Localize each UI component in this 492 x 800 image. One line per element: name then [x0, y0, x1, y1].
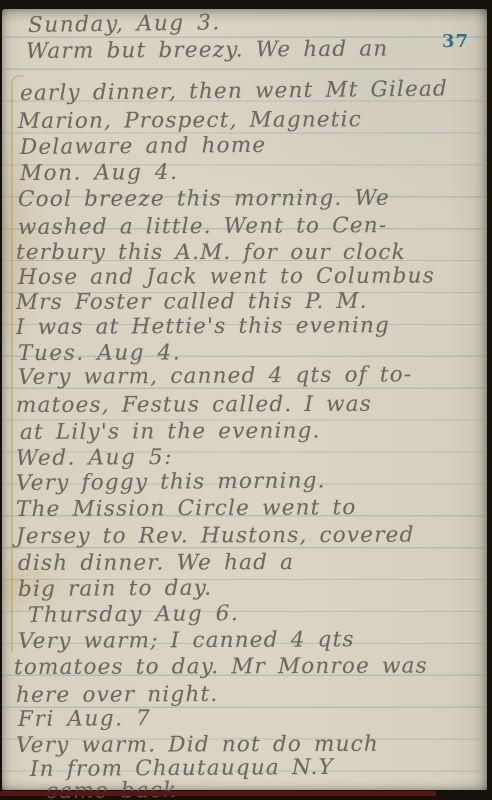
entry-text-line: Warm but breezy. We had an: [26, 36, 389, 64]
diary-page: 37 Sunday, Aug 3.Warm but breezy. We had…: [2, 9, 487, 790]
entry-text-line: matoes, Festus called. I was: [16, 392, 372, 418]
entry-text-line: Hose and Jack went to Columbus: [18, 264, 435, 290]
handwriting-layer: Sunday, Aug 3.Warm but breezy. We had an…: [2, 9, 487, 790]
entry-text-line: Very warm, canned 4 qts of to-: [18, 362, 413, 390]
book-bottom-edge: [0, 791, 436, 796]
entry-date-line: Tues. Aug 4.: [18, 340, 181, 366]
entry-text-line: here over night.: [16, 682, 218, 708]
entry-date-line: Wed. Aug 5:: [16, 445, 173, 471]
entry-text-line: I was at Hettie's this evening: [16, 313, 390, 340]
entry-text-line: Cool breeze this morning. We: [18, 186, 390, 212]
entry-date-line: Mon. Aug 4.: [20, 160, 179, 186]
entry-date-line: Fri Aug. 7: [18, 706, 152, 732]
entry-text-line: came back: [46, 778, 177, 800]
entry-text-line: Mrs Foster called this P. M.: [16, 289, 368, 315]
journal-photo: 37 Sunday, Aug 3.Warm but breezy. We had…: [0, 0, 492, 800]
entry-date-line: Sunday, Aug 3.: [28, 10, 221, 38]
entry-text-line: Delaware and home: [20, 133, 266, 160]
entry-text-line: tomatoes to day. Mr Monroe was: [14, 654, 428, 680]
entry-text-line: early dinner, then went Mt Gilead: [20, 77, 448, 106]
entry-text-line: dish dinner. We had a: [18, 550, 294, 576]
entry-text-line: Marion, Prospect, Magnetic: [18, 107, 362, 134]
entry-text-line: Very warm; I canned 4 qts: [18, 627, 355, 654]
entry-date-line: Thursday Aug 6.: [28, 601, 240, 628]
entry-text-line: at Lily's in the evening.: [20, 418, 321, 445]
entry-text-line: big rain to day.: [18, 576, 212, 602]
entry-text-line: washed a little. Went to Cen-: [18, 213, 387, 240]
entry-text-line: Very foggy this morning.: [16, 468, 326, 496]
entry-text-line: terbury this A.M. for our clock: [16, 240, 406, 265]
entry-text-line: Jersey to Rev. Hustons, covered: [16, 523, 415, 549]
entry-text-line: The Mission Circle went to: [16, 495, 357, 522]
